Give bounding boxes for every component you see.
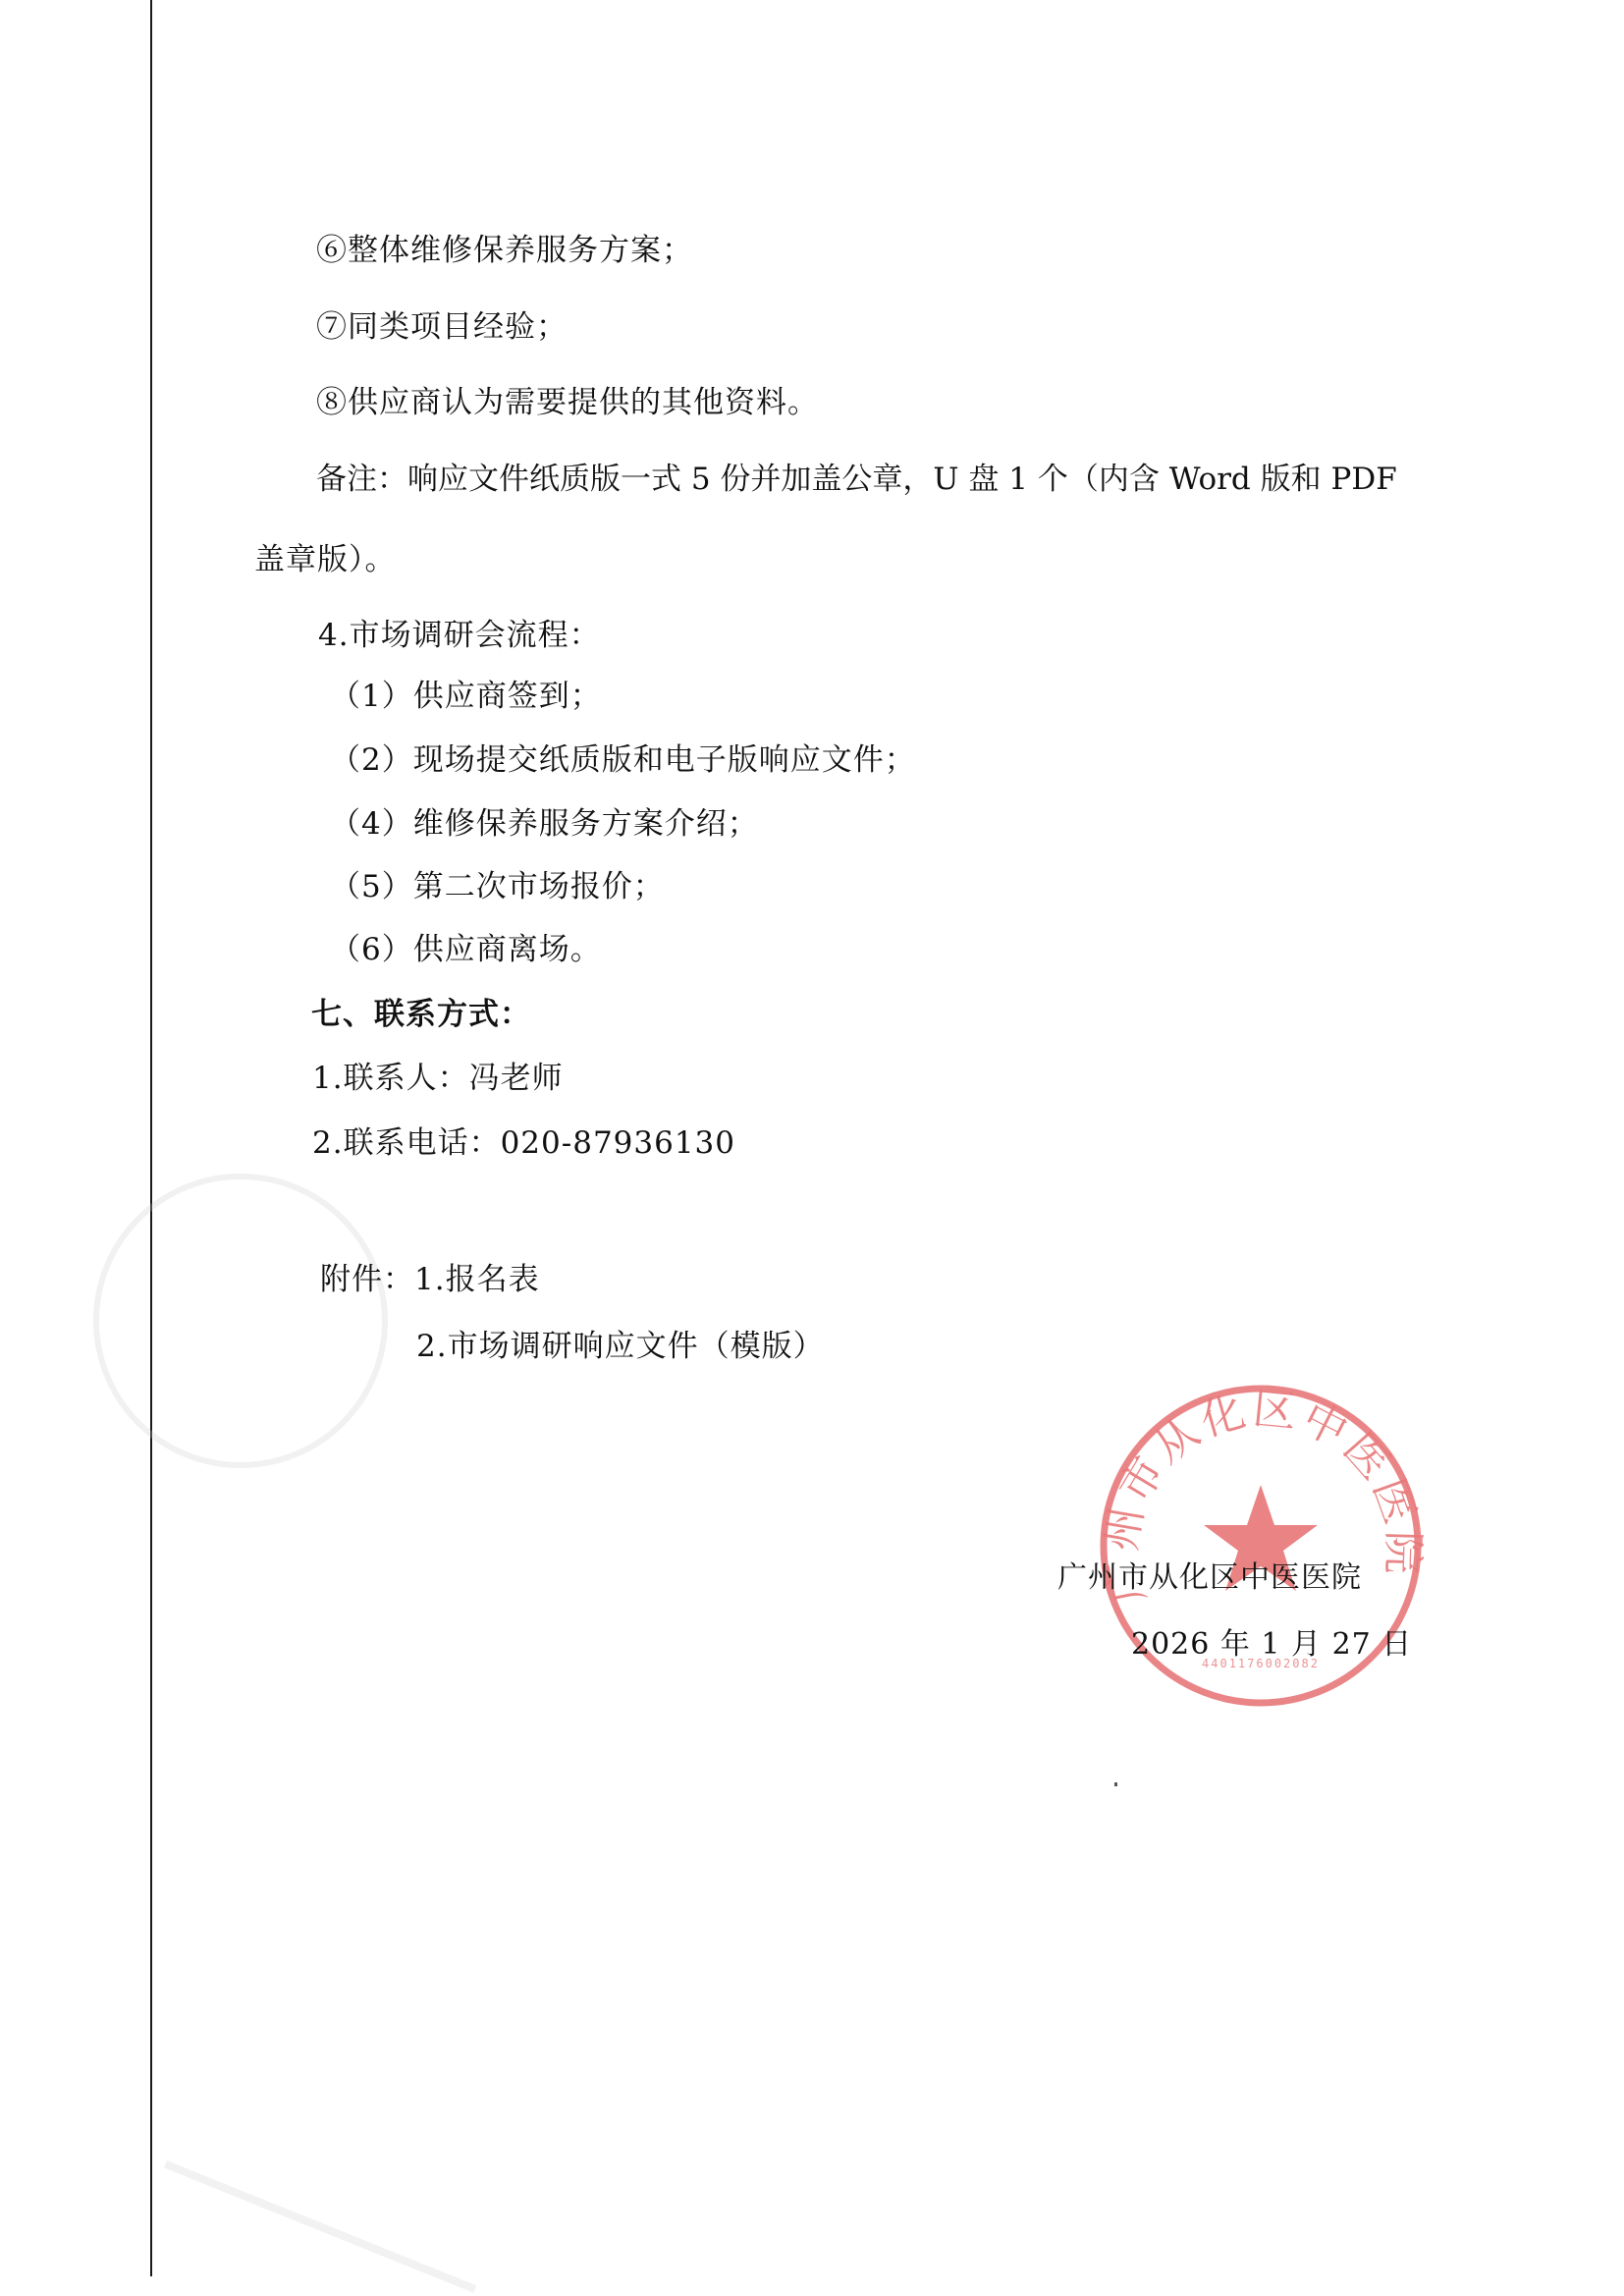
list-item-6: ⑥整体维修保养服务方案； <box>316 236 693 266</box>
process-step-1: （1）供应商签到； <box>330 682 602 712</box>
remark-line-2: 盖章版）。 <box>254 545 397 575</box>
faded-stamp-impression <box>93 1174 388 1468</box>
signature-date: 2026 年 1 月 27 日 <box>1131 1629 1412 1660</box>
contact-person: 1.联系人：冯老师 <box>312 1064 564 1094</box>
contact-phone: 2.联系电话：020-87936130 <box>312 1128 735 1159</box>
binding-margin-line <box>150 0 152 2276</box>
attachments-line-1: 附件：1.报名表 <box>320 1265 540 1295</box>
process-step-2: （2）现场提交纸质版和电子版响应文件； <box>330 745 916 776</box>
process-step-6: （6）供应商离场。 <box>330 935 602 965</box>
process-step-4: （4）维修保养服务方案介绍； <box>330 809 759 840</box>
process-step-5: （5）第二次市场报价； <box>330 872 665 902</box>
remark-line-1: 备注：响应文件纸质版一式 5 份并加盖公章，U 盘 1 个（内含 Word 版和… <box>316 465 1397 495</box>
list-item-8: ⑧供应商认为需要提供的其他资料。 <box>316 388 819 418</box>
attachments-line-2: 2.市场调研响应文件（模版） <box>416 1332 825 1362</box>
list-item-7: ⑦同类项目经验； <box>316 312 568 343</box>
scan-speck <box>1114 1782 1117 1786</box>
signature-organization: 广州市从化区中医医院 <box>1057 1562 1362 1593</box>
process-title: 4.市场调研会流程： <box>318 621 601 651</box>
scan-streak <box>164 2160 476 2293</box>
contact-heading: 七、联系方式： <box>311 1000 531 1030</box>
